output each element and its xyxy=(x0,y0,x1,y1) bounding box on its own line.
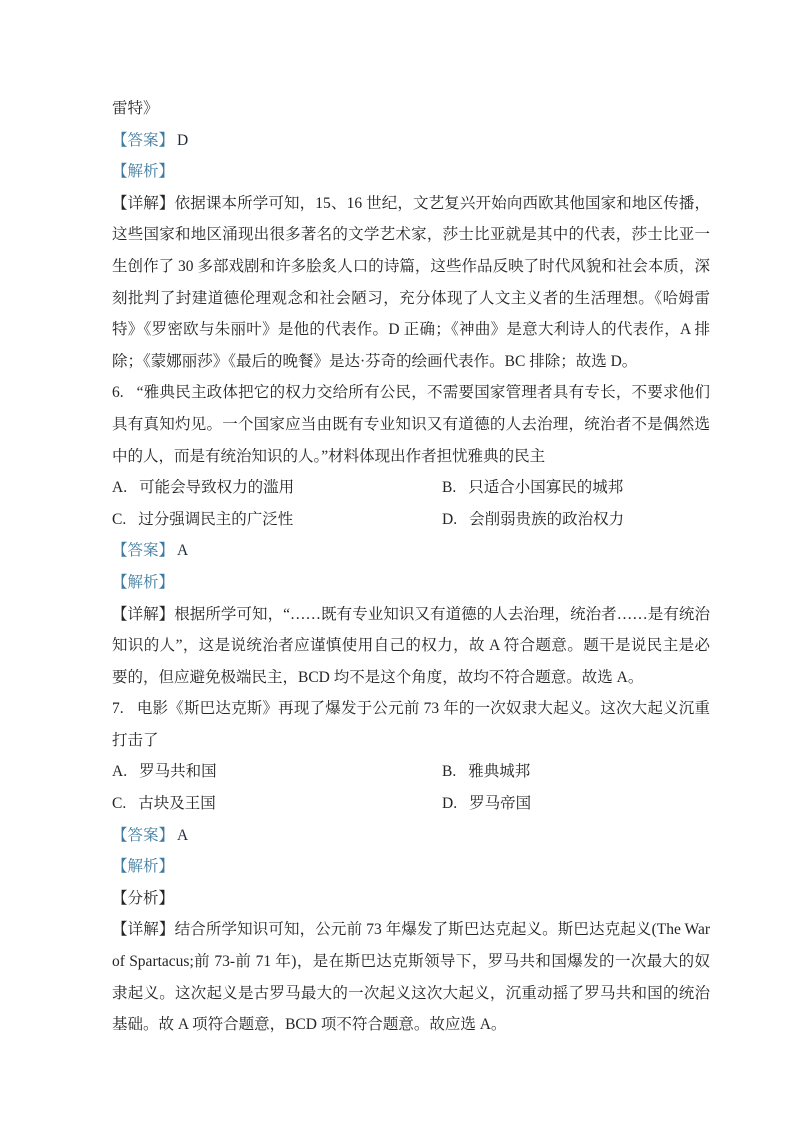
option-text: 会削弱贵族的政治权力 xyxy=(469,511,624,528)
document-page: 雷特》 【答案】D 【解析】 【详解】依据课本所学可知，15、16 世纪，文艺复… xyxy=(0,0,793,1122)
option-d: D.罗马帝国 xyxy=(442,788,710,820)
section-label: 【解析】 xyxy=(112,163,174,180)
detail-label: 【详解】 xyxy=(112,606,174,623)
answer-label: 【答案】 xyxy=(112,827,174,844)
question-text: “雅典民主政体把它的权力交给所有公民，不需要国家管理者具有专长，不要求他们具有真… xyxy=(112,384,710,464)
option-text: 罗马共和国 xyxy=(139,763,217,780)
option-a: A.可能会导致权力的滥用 xyxy=(112,472,442,504)
detail-paragraph: 【详解】结合所学知识可知，公元前 73 年爆发了斯巴达克起义。斯巴达克起义(Th… xyxy=(112,914,710,1040)
answer-value: A xyxy=(177,827,188,844)
question-7: 7.电影《斯巴达克斯》再现了爆发于公元前 73 年的一次奴隶大起义。这次大起义沉… xyxy=(112,693,710,756)
detail-label: 【详解】 xyxy=(112,921,175,938)
option-key: A. xyxy=(112,479,127,496)
answer-label: 【答案】 xyxy=(112,132,174,149)
option-text: 古块及王国 xyxy=(138,795,216,812)
option-key: B. xyxy=(442,479,456,496)
question-6: 6.“雅典民主政体把它的权力交给所有公民，不需要国家管理者具有专长，不要求他们具… xyxy=(112,377,710,472)
analysis-section-line: 【解析】 xyxy=(112,851,710,883)
option-key: D. xyxy=(442,511,457,528)
option-text: 过分强调民主的广泛性 xyxy=(138,511,293,528)
option-key: A. xyxy=(112,763,127,780)
option-a: A.罗马共和国 xyxy=(112,756,442,788)
paragraph-text: 雷特》 xyxy=(112,100,159,117)
options-question-7: A.罗马共和国 B.雅典城邦 C.古块及王国 D.罗马帝国 xyxy=(112,756,710,819)
paragraph-fragment: 雷特》 xyxy=(112,93,710,125)
detail-text: 根据所学可知，“……既有专业知识又有道德的人去治理，统治者……是有统治知识的人”… xyxy=(112,606,710,686)
section-label: 【解析】 xyxy=(112,574,174,591)
detail-text: 依据课本所学可知，15、16 世纪，文艺复兴开始向西欧其他国家和地区传播，这些国… xyxy=(112,195,710,370)
answer-line: 【答案】A xyxy=(112,820,710,852)
question-number: 7. xyxy=(112,700,124,717)
detail-paragraph: 【详解】根据所学可知，“……既有专业知识又有道德的人去治理，统治者……是有统治知… xyxy=(112,599,710,694)
option-c: C.古块及王国 xyxy=(112,788,442,820)
answer-line: 【答案】A xyxy=(112,535,710,567)
detail-label: 【详解】 xyxy=(112,195,175,212)
option-text: 罗马帝国 xyxy=(469,795,531,812)
analysis-section-line: 【解析】 xyxy=(112,156,710,188)
question-text: 电影《斯巴达克斯》再现了爆发于公元前 73 年的一次奴隶大起义。这次大起义沉重打… xyxy=(112,700,710,749)
option-b: B.雅典城邦 xyxy=(442,756,710,788)
options-question-6: A.可能会导致权力的滥用 B.只适合小国寡民的城邦 C.过分强调民主的广泛性 D… xyxy=(112,472,710,535)
option-text: 可能会导致权力的滥用 xyxy=(139,479,294,496)
option-key: B. xyxy=(442,763,456,780)
question-number: 6. xyxy=(112,384,124,401)
section-label: 【分析】 xyxy=(112,890,174,907)
answer-label: 【答案】 xyxy=(112,542,174,559)
analysis-section-line: 【解析】 xyxy=(112,567,710,599)
option-d: D.会削弱贵族的政治权力 xyxy=(442,504,710,536)
option-b: B.只适合小国寡民的城邦 xyxy=(442,472,710,504)
answer-value: D xyxy=(177,132,188,149)
answer-line: 【答案】D xyxy=(112,125,710,157)
section-label: 【解析】 xyxy=(112,858,174,875)
detail-paragraph: 【详解】依据课本所学可知，15、16 世纪，文艺复兴开始向西欧其他国家和地区传播… xyxy=(112,188,710,378)
option-c: C.过分强调民主的广泛性 xyxy=(112,504,442,536)
breakdown-section-line: 【分析】 xyxy=(112,883,710,915)
option-key: D. xyxy=(442,795,457,812)
answer-value: A xyxy=(177,542,188,559)
detail-text: 结合所学知识可知，公元前 73 年爆发了斯巴达克起义。斯巴达克起义(The Wa… xyxy=(112,921,710,1033)
option-key: C. xyxy=(112,795,126,812)
option-text: 只适合小国寡民的城邦 xyxy=(468,479,623,496)
option-text: 雅典城邦 xyxy=(468,763,530,780)
option-key: C. xyxy=(112,511,126,528)
